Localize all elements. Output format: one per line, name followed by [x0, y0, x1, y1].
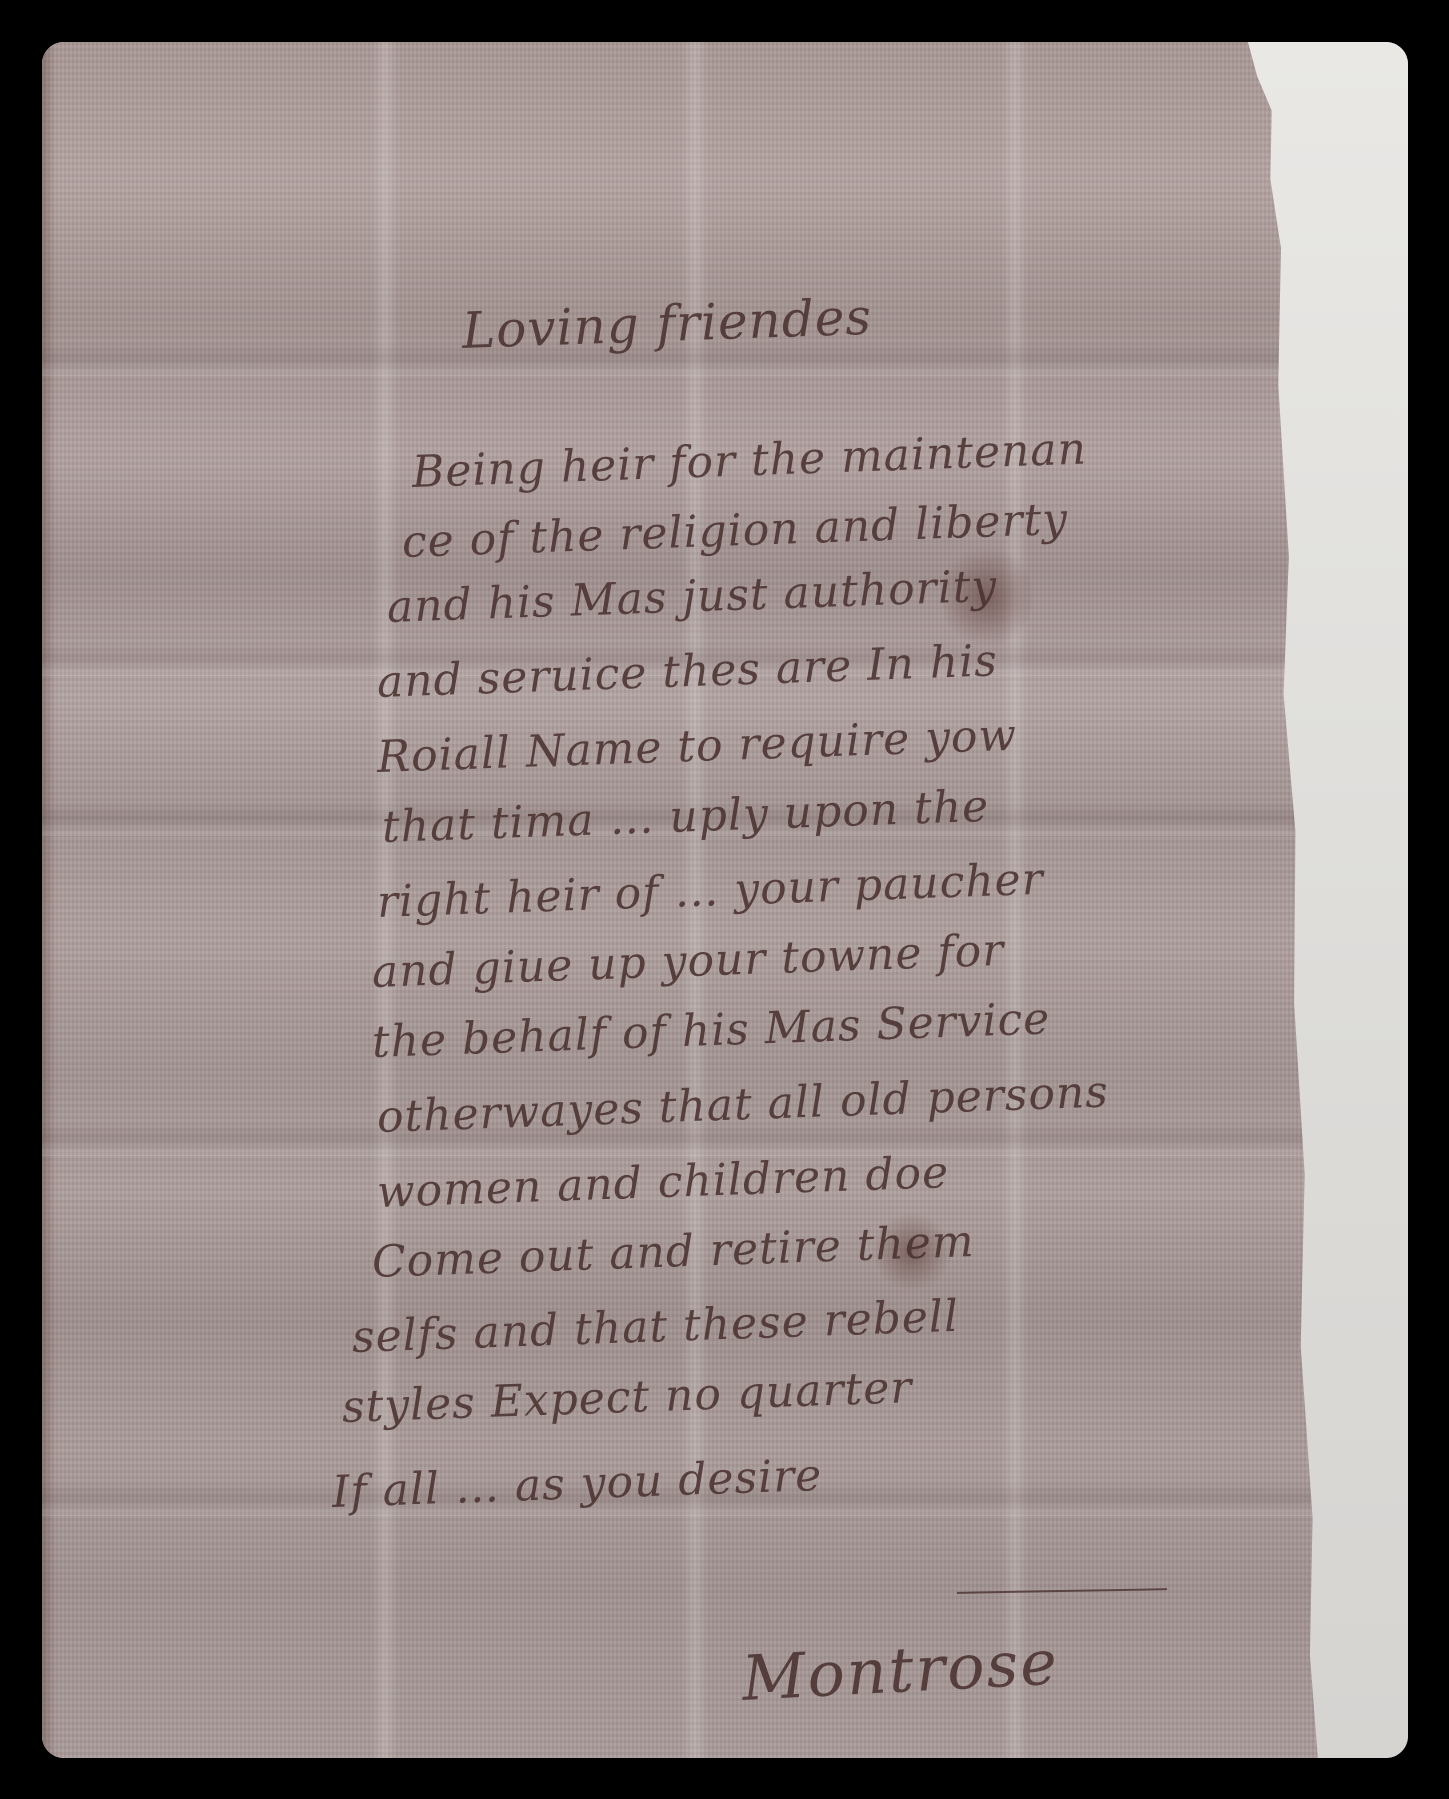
- letter-line: Being heir for the maintenan: [411, 423, 1088, 498]
- letter-line: women and children doe: [376, 1147, 950, 1218]
- signature: Montrose: [740, 1625, 1061, 1714]
- letter-line: the behalf of his Mas Service: [371, 993, 1051, 1068]
- salutation: Loving friendes: [461, 288, 873, 360]
- letter-text: Loving friendes Being heir for the maint…: [42, 42, 1408, 1758]
- letter-line: and his Mas just authority: [386, 561, 998, 633]
- letter-line: selfs and that these rebell: [351, 1291, 960, 1363]
- photo-frame: Loving friendes Being heir for the maint…: [42, 42, 1408, 1758]
- letter-line: ce of the religion and liberty: [401, 494, 1069, 568]
- letter-line: If all … as you desire: [331, 1450, 823, 1518]
- letter-line: and seruice thes are In his: [376, 635, 998, 708]
- letter-line: styles Expect no quarter: [341, 1362, 913, 1433]
- letter-line: that tima … uply upon the: [381, 781, 990, 853]
- letter-line: right heir of … your paucher: [376, 854, 1044, 928]
- letter-line: Roiall Name to require yow: [376, 710, 1018, 783]
- letter-line: otherwayes that all old persons: [376, 1066, 1110, 1143]
- letter-line: and giue up your towne for: [371, 925, 1005, 998]
- letter-line: Come out and retire them: [371, 1216, 975, 1288]
- signature-rule: [957, 1588, 1167, 1594]
